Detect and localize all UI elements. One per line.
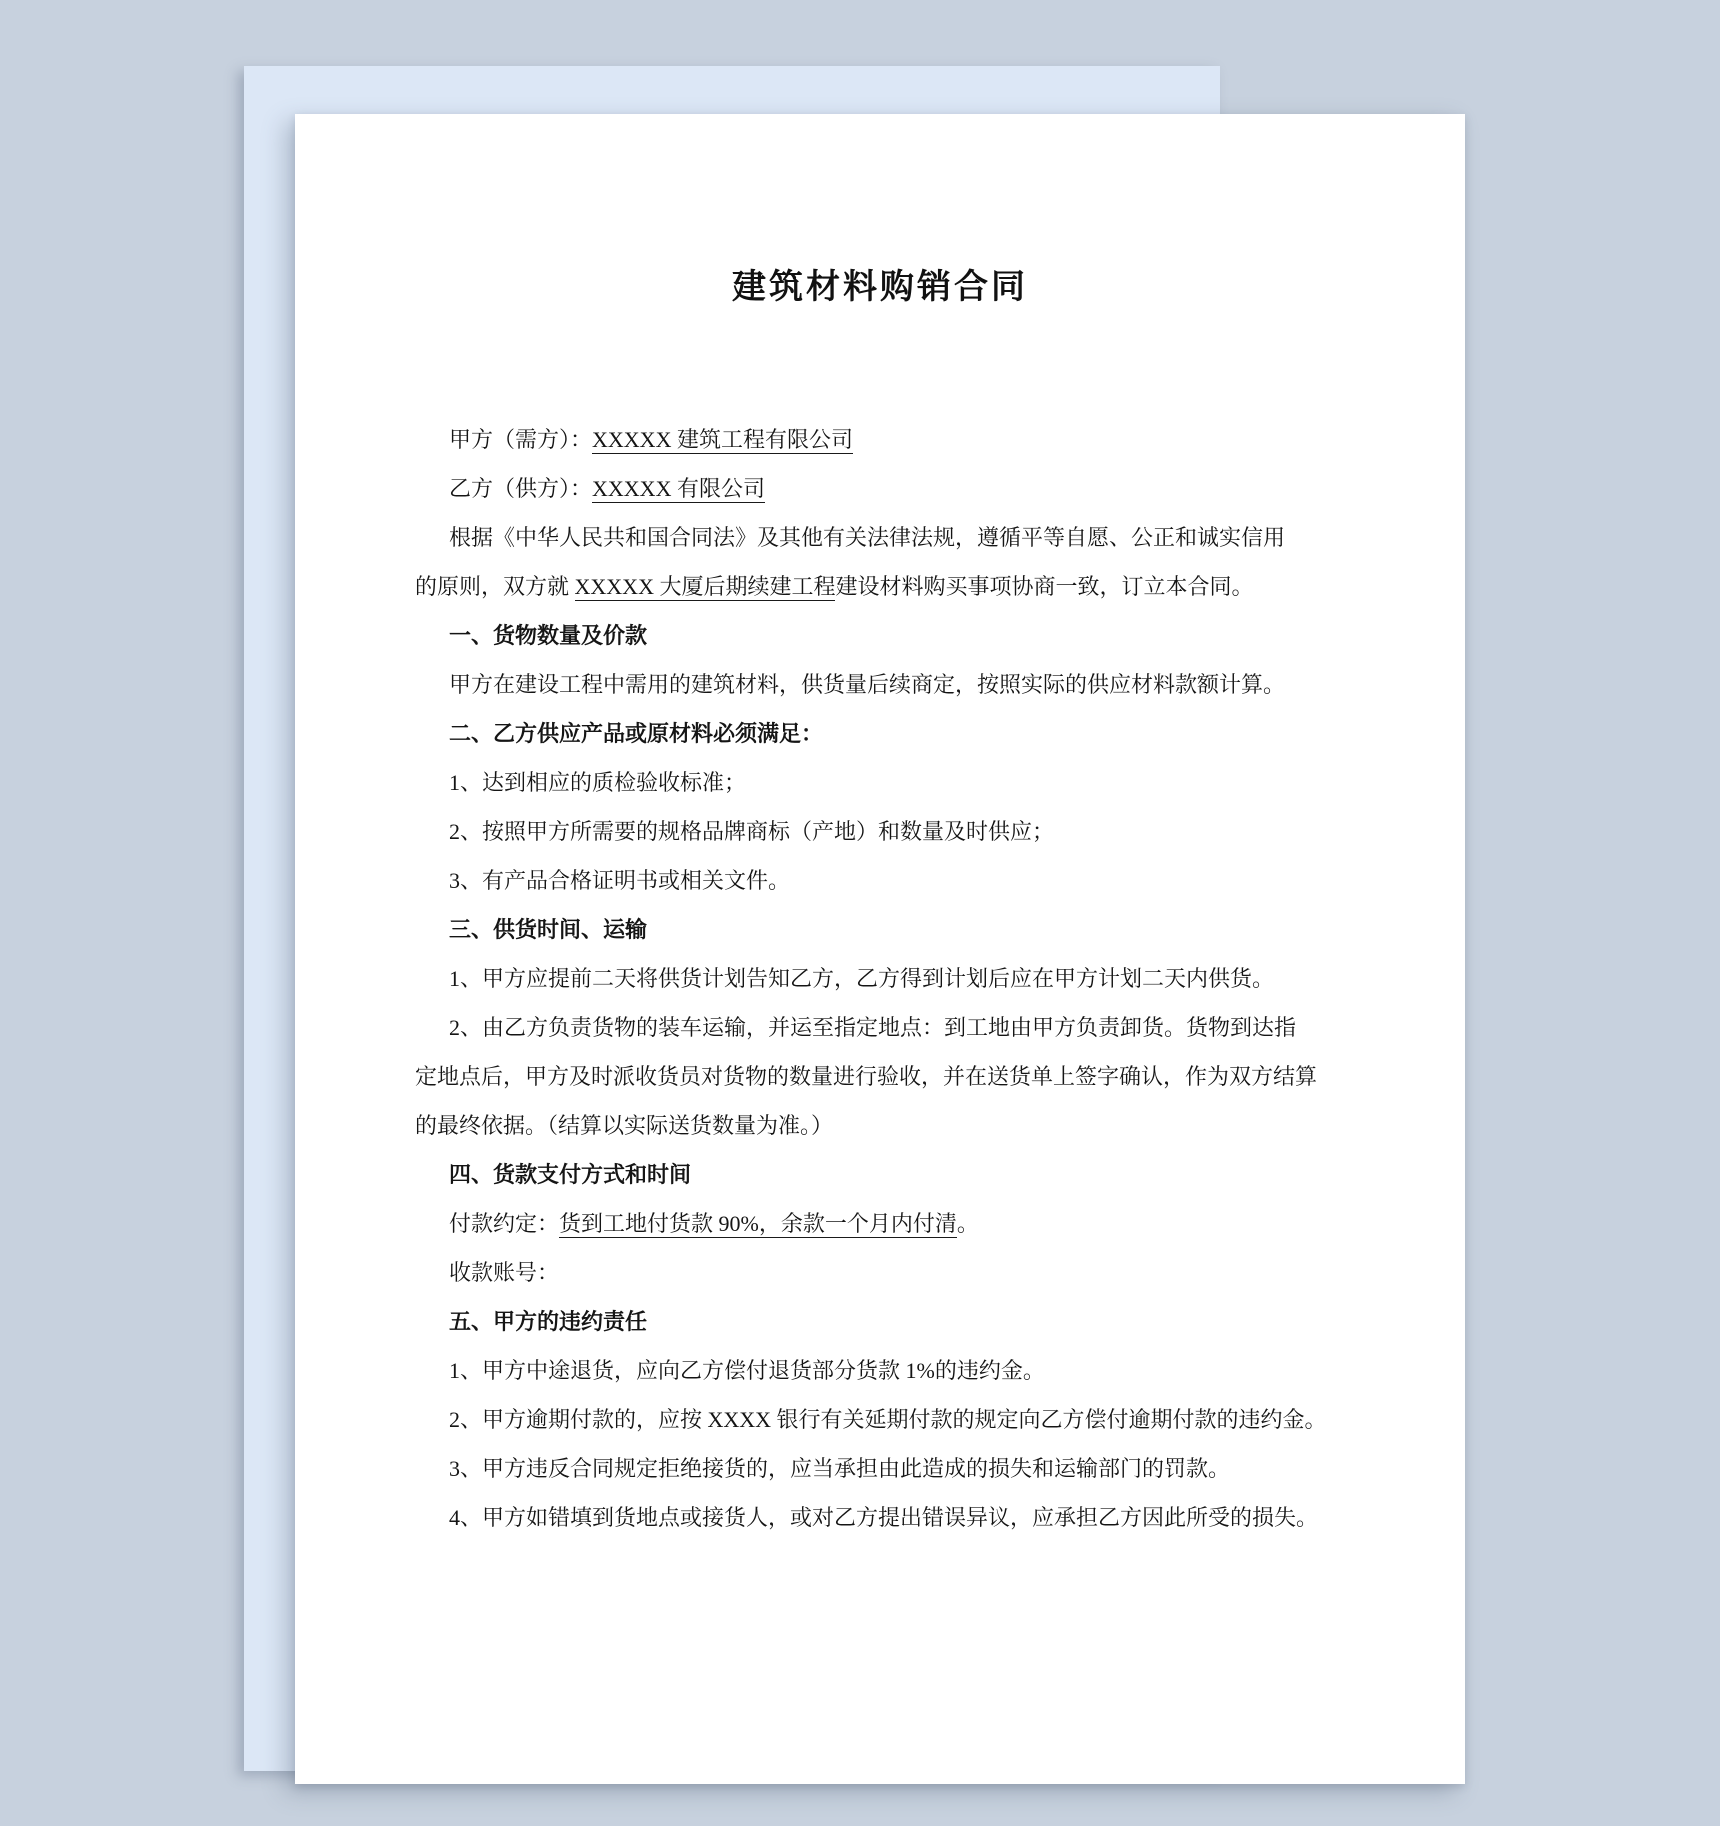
contract-line: 2、由乙方负责货物的装车运输，并运至指定地点：到工地由甲方负责卸货。货物到达指 [415, 1003, 1325, 1052]
contract-line: 定地点后，甲方及时派收货员对货物的数量进行验收，并在送货单上签字确认，作为双方结… [415, 1052, 1325, 1101]
contract-line: 一、货物数量及价款 [415, 611, 1325, 660]
text-segment: 1、甲方中途退货，应向乙方偿付退货部分货款 1%的违约金。 [449, 1358, 1045, 1383]
underlined-text: XXXXX 建筑工程有限公司 [592, 427, 853, 454]
contract-line: 2、甲方逾期付款的，应按 XXXX 银行有关延期付款的规定向乙方偿付逾期付款的违… [415, 1395, 1325, 1444]
contract-line: 3、有产品合格证明书或相关文件。 [415, 856, 1325, 905]
text-segment: 一、货物数量及价款 [449, 623, 647, 648]
text-segment: 2、甲方逾期付款的，应按 XXXX 银行有关延期付款的规定向乙方偿付逾期付款的违… [449, 1407, 1327, 1432]
text-segment: 甲方（需方）： [449, 427, 592, 452]
underlined-text: 货到工地付货款 90%，余款一个月内付清 [559, 1211, 957, 1238]
contract-line: 三、供货时间、运输 [415, 905, 1325, 954]
desktop-background: { "document": { "title": "建筑材料购销合同", "co… [0, 0, 1720, 1826]
text-segment: 根据《中华人民共和国合同法》及其他有关法律法规，遵循平等自愿、公正和诚实信用 [449, 525, 1285, 550]
text-segment: 二、乙方供应产品或原材料必须满足： [449, 721, 823, 746]
contract-body: 甲方（需方）：XXXXX 建筑工程有限公司乙方（供方）：XXXXX 有限公司根据… [295, 415, 1465, 1542]
contract-line: 的最终依据。（结算以实际送货数量为准。） [415, 1101, 1325, 1150]
contract-line: 1、甲方中途退货，应向乙方偿付退货部分货款 1%的违约金。 [415, 1346, 1325, 1395]
text-segment: 建设材料购买事项协商一致，订立本合同。 [835, 574, 1253, 599]
text-segment: 3、甲方违反合同规定拒绝接货的，应当承担由此造成的损失和运输部门的罚款。 [449, 1456, 1230, 1481]
contract-line: 1、甲方应提前二天将供货计划告知乙方，乙方得到计划后应在甲方计划二天内供货。 [415, 954, 1325, 1003]
contract-line: 二、乙方供应产品或原材料必须满足： [415, 709, 1325, 758]
contract-line: 四、货款支付方式和时间 [415, 1150, 1325, 1199]
contract-line: 根据《中华人民共和国合同法》及其他有关法律法规，遵循平等自愿、公正和诚实信用 [415, 513, 1325, 562]
text-segment: 2、由乙方负责货物的装车运输，并运至指定地点：到工地由甲方负责卸货。货物到达指 [449, 1015, 1296, 1040]
text-segment: 收款账号： [449, 1260, 559, 1285]
underlined-text: XXXXX 有限公司 [592, 476, 765, 503]
contract-line: 1、达到相应的质检验收标准； [415, 758, 1325, 807]
contract-line: 甲方（需方）：XXXXX 建筑工程有限公司 [415, 415, 1325, 464]
text-segment: 4、甲方如错填到货地点或接货人，或对乙方提出错误异议，应承担乙方因此所受的损失。 [449, 1505, 1318, 1530]
text-segment: 2、按照甲方所需要的规格品牌商标（产地）和数量及时供应； [449, 819, 1054, 844]
text-segment: 的最终依据。（结算以实际送货数量为准。） [415, 1113, 833, 1138]
contract-line: 付款约定：货到工地付货款 90%，余款一个月内付清。 [415, 1199, 1325, 1248]
contract-line: 甲方在建设工程中需用的建筑材料，供货量后续商定，按照实际的供应材料款额计算。 [415, 660, 1325, 709]
contract-line: 2、按照甲方所需要的规格品牌商标（产地）和数量及时供应； [415, 807, 1325, 856]
text-segment: 甲方在建设工程中需用的建筑材料，供货量后续商定，按照实际的供应材料款额计算。 [449, 672, 1285, 697]
text-segment: 四、货款支付方式和时间 [449, 1162, 691, 1187]
text-segment: 五、甲方的违约责任 [449, 1309, 647, 1334]
text-segment: 三、供货时间、运输 [449, 917, 647, 942]
text-segment: 1、甲方应提前二天将供货计划告知乙方，乙方得到计划后应在甲方计划二天内供货。 [449, 966, 1274, 991]
contract-line: 收款账号： [415, 1248, 1325, 1297]
contract-line: 五、甲方的违约责任 [415, 1297, 1325, 1346]
text-segment: 乙方（供方）： [449, 476, 592, 501]
contract-line: 乙方（供方）：XXXXX 有限公司 [415, 464, 1325, 513]
text-segment: 付款约定： [449, 1211, 559, 1236]
underlined-text: XXXXX 大厦后期续建工程 [575, 574, 836, 601]
contract-title: 建筑材料购销合同 [295, 264, 1465, 312]
text-segment: 。 [957, 1211, 979, 1236]
contract-line: 4、甲方如错填到货地点或接货人，或对乙方提出错误异议，应承担乙方因此所受的损失。 [415, 1493, 1325, 1542]
contract-page: 建筑材料购销合同 甲方（需方）：XXXXX 建筑工程有限公司乙方（供方）：XXX… [295, 114, 1465, 1784]
text-segment: 3、有产品合格证明书或相关文件。 [449, 868, 790, 893]
text-segment: 1、达到相应的质检验收标准； [449, 770, 746, 795]
contract-line: 的原则，双方就 XXXXX 大厦后期续建工程建设材料购买事项协商一致，订立本合同… [415, 562, 1325, 611]
text-segment: 定地点后，甲方及时派收货员对货物的数量进行验收，并在送货单上签字确认，作为双方结… [415, 1064, 1317, 1089]
text-segment: 的原则，双方就 [415, 574, 575, 599]
contract-line: 3、甲方违反合同规定拒绝接货的，应当承担由此造成的损失和运输部门的罚款。 [415, 1444, 1325, 1493]
